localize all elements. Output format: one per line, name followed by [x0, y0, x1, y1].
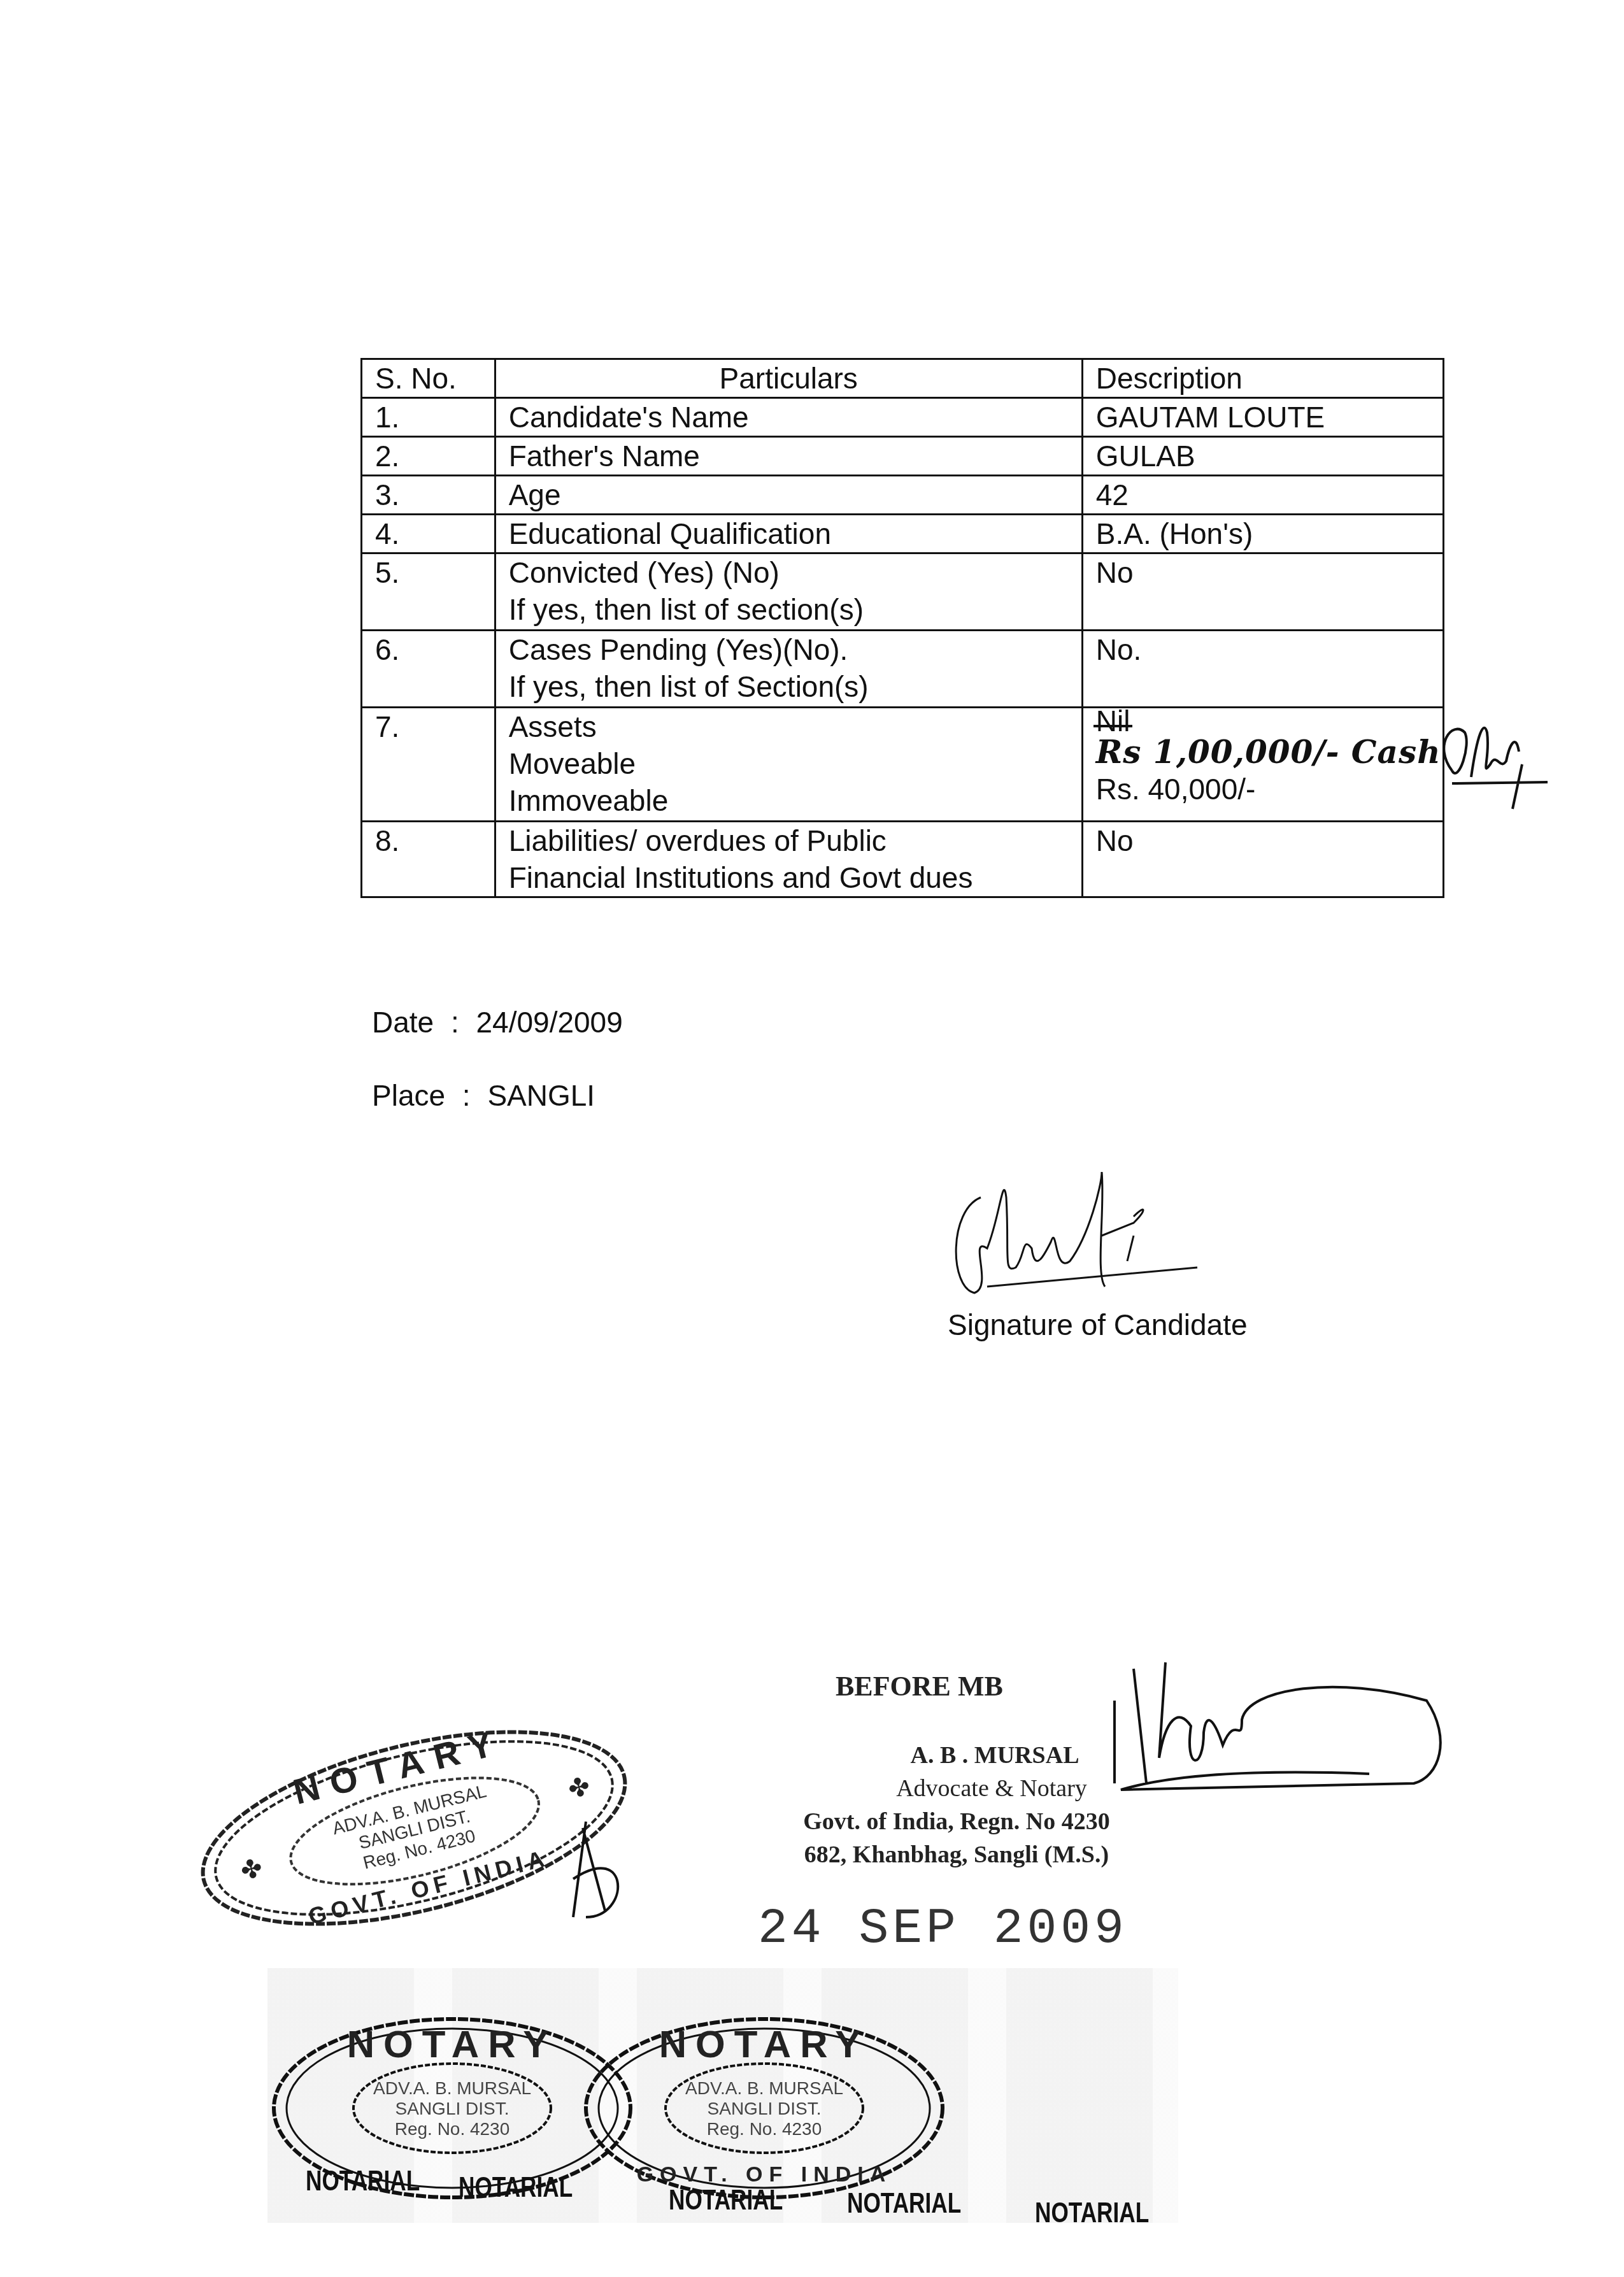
svg-text:✤: ✤ [566, 1772, 593, 1804]
table-row: 7. Assets Moveable Immoveable Nil Rs 1,0… [362, 708, 1444, 822]
row-particulars: Age [495, 476, 1082, 515]
row-particulars: Convicted (Yes) (No) If yes, then list o… [495, 553, 1082, 631]
row-description: No. [1082, 631, 1443, 708]
row-description: Nil Rs 1,00,000/- Cash Rs. 40,000/- [1082, 708, 1443, 822]
table-row: 5. Convicted (Yes) (No) If yes, then lis… [362, 553, 1444, 631]
particulars-line: Convicted (Yes) (No) [509, 554, 1081, 591]
notarial-label: NOTARIAL [669, 2185, 783, 2216]
round-seal-line: SANGLI DIST. [395, 2099, 509, 2118]
row-description: No [1082, 822, 1443, 897]
row-sno: 2. [362, 437, 495, 476]
row-particulars: Candidate's Name [495, 398, 1082, 437]
svg-text:✤: ✤ [238, 1853, 265, 1886]
immoveable-value: Rs. 40,000/- [1096, 771, 1442, 808]
particulars-line: Immoveable [509, 782, 1081, 819]
particulars-line: Moveable [509, 745, 1081, 782]
particulars-line: If yes, then list of Section(s) [509, 668, 1081, 705]
place-value: SANGLI [487, 1079, 595, 1112]
row-description: GULAB [1082, 437, 1443, 476]
round-seal-line: ADV.A. B. MURSAL [685, 2078, 843, 2098]
table-row: 1. Candidate's Name GAUTAM LOUTE [362, 398, 1444, 437]
round-seal-line: Reg. No. 4230 [395, 2119, 510, 2139]
header-particulars: Particulars [495, 359, 1082, 398]
row-sno: 4. [362, 515, 495, 553]
round-seal-top-text: NOTARY [347, 2023, 558, 2066]
round-seal-line: SANGLI DIST. [708, 2099, 822, 2118]
notary-registration: Govt. of India, Regn. No 4230 [778, 1805, 1135, 1838]
table-row: 4. Educational Qualification B.A. (Hon's… [362, 515, 1444, 553]
notary-signature-icon [1095, 1643, 1452, 1796]
particulars-line: Financial Institutions and Govt dues [509, 859, 1081, 896]
row-particulars: Educational Qualification [495, 515, 1082, 553]
row-sno: 7. [362, 708, 495, 822]
particulars-line: If yes, then list of section(s) [509, 591, 1081, 628]
before-me-label: BEFORE MB [836, 1670, 1003, 1702]
notarial-label: NOTARIAL [847, 2188, 961, 2220]
notary-title: Advocate & Notary [778, 1772, 1135, 1805]
handwritten-value: Rs 1,00,000/- Cash [1096, 734, 1442, 771]
particulars-line: Cases Pending (Yes)(No). [509, 631, 1081, 668]
struck-value: Nil [1096, 708, 1130, 734]
date-label: Date [372, 1006, 434, 1039]
place-separator: : [462, 1079, 471, 1112]
seal-bottom-text: GOVT. OF INDIA [306, 1845, 552, 1930]
table-row: 6. Cases Pending (Yes)(No). If yes, then… [362, 631, 1444, 708]
place-line: Place : SANGLI [372, 1078, 595, 1113]
notary-details: A. B . MURSAL Advocate & Notary Govt. of… [778, 1739, 1135, 1871]
signature-caption: Signature of Candidate [948, 1308, 1248, 1342]
row-sno: 5. [362, 553, 495, 631]
notary-seal-icon: NOTARY ADV.A. B. MURSAL SANGLI DIST. Reg… [185, 1726, 643, 1930]
row-description: No [1082, 553, 1443, 631]
candidate-signature-icon [943, 1159, 1274, 1299]
notary-name: A. B . MURSAL [778, 1739, 1135, 1772]
table-header-row: S. No. Particulars Description [362, 359, 1444, 398]
row-particulars: Father's Name [495, 437, 1082, 476]
row-sno: 8. [362, 822, 495, 897]
row-sno: 6. [362, 631, 495, 708]
notarial-label: NOTARIAL [459, 2172, 573, 2204]
row-particulars: Assets Moveable Immoveable [495, 708, 1082, 822]
particulars-line: Liabilities/ overdues of Public [509, 822, 1081, 859]
date-stamp: 24 SEP 2009 [758, 1901, 1128, 1957]
row-description: GAUTAM LOUTE [1082, 398, 1443, 437]
row-particulars: Liabilities/ overdues of Public Financia… [495, 822, 1082, 897]
date-separator: : [451, 1006, 459, 1039]
initials-signature-icon [1427, 707, 1554, 815]
notarial-label: NOTARIAL [306, 2166, 420, 2197]
table-row: 2. Father's Name GULAB [362, 437, 1444, 476]
row-description: B.A. (Hon's) [1082, 515, 1443, 553]
header-description: Description [1082, 359, 1443, 398]
round-seal-line: Reg. No. 4230 [707, 2119, 822, 2139]
place-label: Place [372, 1079, 445, 1112]
date-line: Date : 24/09/2009 [372, 1005, 623, 1039]
row-sno: 1. [362, 398, 495, 437]
notary-address: 682, Khanbhag, Sangli (M.S.) [778, 1838, 1135, 1871]
date-value: 24/09/2009 [476, 1006, 623, 1039]
particulars-line: Assets [509, 708, 1081, 745]
round-seal-line: ADV.A. B. MURSAL [373, 2078, 531, 2098]
row-description: 42 [1082, 476, 1443, 515]
round-seal-top-text: NOTARY [659, 2023, 870, 2066]
table-row: 8. Liabilities/ overdues of Public Finan… [362, 822, 1444, 897]
row-particulars: Cases Pending (Yes)(No). If yes, then li… [495, 631, 1082, 708]
table-row: 3. Age 42 [362, 476, 1444, 515]
notarial-label: NOTARIAL [1035, 2197, 1149, 2229]
header-sno: S. No. [362, 359, 495, 398]
affidavit-table: S. No. Particulars Description 1. Candid… [360, 358, 1444, 898]
row-sno: 3. [362, 476, 495, 515]
round-seal-bottom-text: GOVT. OF INDIA [637, 2162, 892, 2187]
